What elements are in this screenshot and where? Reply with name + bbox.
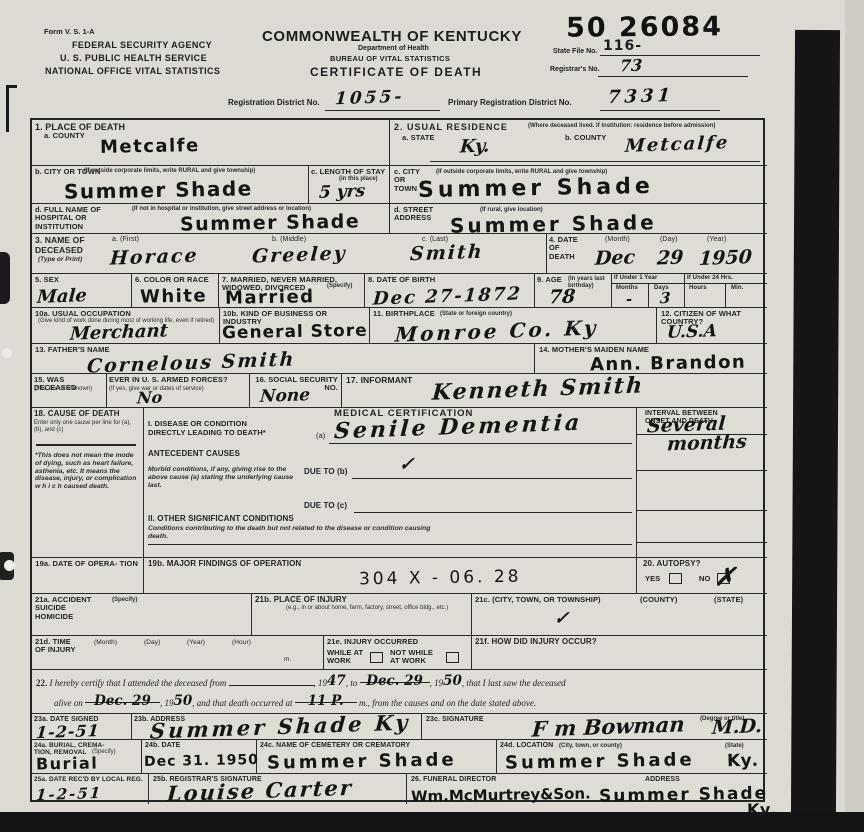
- due-to-c-underline: [354, 512, 632, 513]
- field-age-under-24-hrs: If Under 24 Hrs. Hours Min.: [685, 274, 767, 308]
- stay-value: 5 yrs: [318, 181, 366, 203]
- field-street-address: d. STREET ADDRESS (If rural, give locati…: [390, 204, 767, 234]
- degree-value: M.D.: [711, 715, 763, 739]
- injury-state-label: (STATE): [714, 596, 743, 604]
- mother-value: Ann. Brandon: [590, 352, 747, 376]
- autopsy-no-x-mark: ✗: [714, 562, 736, 592]
- disease-a-prefix: (a): [316, 432, 325, 440]
- registrar-no-value: 73: [619, 56, 643, 76]
- field-sex: 5. SEX Male: [32, 274, 132, 308]
- field-was-deceased: 15. WAS DECEASED (Yes, no, or unknown): [32, 374, 107, 408]
- major-findings-value: 304 X - 06. 28: [359, 567, 522, 590]
- agency-line-3: NATIONAL OFFICE VITAL STATISTICS: [45, 66, 220, 76]
- major-findings-label: 19b. MAJOR FINDINGS OF OPERATION: [148, 560, 301, 569]
- due-to-b-underline: [352, 478, 632, 479]
- death-day-value: 29: [656, 247, 684, 270]
- field-length-of-stay: c. LENGTH OF STAY (in this place) 5 yrs: [309, 166, 390, 204]
- hospital-label: d. FULL NAME OF HOSPITAL OR INSTITUTION: [35, 206, 130, 231]
- ssn-value: None: [259, 385, 310, 407]
- was-deceased-note: (Yes, no, or unknown): [34, 386, 104, 393]
- date-received-value: 1-2-51: [35, 784, 102, 804]
- race-label: 6. COLOR OR RACE: [135, 276, 215, 284]
- scan-artifact-left-blob: [0, 252, 10, 304]
- scan-artifact-hole-white-2: [2, 348, 12, 358]
- field-date-of-birth: 8. DATE OF BIRTH Dec 27-1872: [365, 274, 535, 308]
- disease-label-2: DIRECTLY LEADING TO DEATH*: [148, 429, 266, 437]
- time-of-injury-label: 21d. TIME OF INJURY: [35, 638, 80, 655]
- not-while-at-work-label: NOT WHILE AT WORK: [390, 649, 442, 666]
- field-major-findings: 19b. MAJOR FINDINGS OF OPERATION 304 X -…: [144, 558, 637, 594]
- cert-seg6: m., from the causes and on the date stat…: [359, 698, 536, 708]
- deceased-title: 3. NAME OF DECEASED: [35, 236, 105, 255]
- field-city-or-town-residence: c. CITY OR TOWN (If outside corporate li…: [390, 166, 767, 204]
- cert-seg1: I hereby certify that I attended the dec…: [50, 678, 227, 688]
- burial-location-state-note: (State): [725, 743, 744, 750]
- days-value: 3: [659, 289, 671, 307]
- field-medical-certification: MEDICAL CERTIFICATION I. DISEASE OR COND…: [144, 408, 637, 558]
- months-value: -: [625, 290, 632, 308]
- birthplace-note: (State or foreign country): [440, 311, 512, 318]
- marital-value: Married: [225, 286, 315, 309]
- signer-address-value: Summer Shade Ky: [149, 709, 411, 743]
- business-value: General Store: [222, 321, 368, 344]
- residence-county-label: b. COUNTY: [565, 134, 606, 142]
- hours-min-divider: [725, 283, 726, 308]
- under-day-divider: [685, 283, 767, 284]
- birthplace-label: 11. BIRTHPLACE: [373, 310, 435, 318]
- while-at-work-checkbox: [370, 652, 383, 663]
- cause-footnote: *This does not mean the mode of dying, s…: [35, 452, 139, 491]
- field-accident-suicide-homicide: 21a. ACCIDENT SUICIDE HOMICIDE (Specify): [32, 594, 252, 636]
- cert-yp2: , 19: [430, 678, 444, 688]
- accident-label: 21a. ACCIDENT SUICIDE HOMICIDE: [35, 596, 105, 621]
- funeral-address-value: Summer Shade: [599, 784, 768, 807]
- field-date-signed: 23a. DATE SIGNED 1-2-51: [32, 714, 132, 740]
- armed-forces-label: EVER IN U. S. ARMED FORCES?: [109, 376, 247, 384]
- field-injury-occurred: 21e. INJURY OCCURRED WHILE AT WORK NOT W…: [324, 636, 472, 670]
- due-to-b-label: DUE TO (b): [304, 468, 348, 477]
- field-birthplace: 11. BIRTHPLACE (State or foreign country…: [370, 308, 657, 344]
- field-registrar-signature: 25b. REGISTRAR'S SIGNATURE Louise Carter: [149, 774, 407, 804]
- residence-county-value: Metcalfe: [624, 132, 730, 157]
- city-note: (If outside corporate limits, write RURA…: [84, 168, 304, 175]
- field-certification-statement: 22. I hereby certify that I attended the…: [32, 670, 767, 714]
- scan-artifact-right-bar: [791, 30, 840, 814]
- while-at-work-label: WHILE AT WORK: [327, 649, 369, 666]
- street-label: d. STREET ADDRESS: [394, 206, 449, 223]
- field-citizen-of: 12. CITIZEN OF WHAT COUNTRY? U.S.A: [657, 308, 767, 344]
- cemetery-value: Summer Shade: [267, 749, 457, 773]
- state-file-label: State File No.: [553, 48, 597, 55]
- death-year-value: 1950: [698, 246, 752, 270]
- reg-district-underline: [325, 110, 440, 111]
- field-informant: 17. INFORMANT Kenneth Smith: [342, 374, 767, 408]
- other-conditions-label: II. OTHER SIGNIFICANT CONDITIONS: [148, 515, 294, 524]
- registrar-no-label: Registrar's No.: [550, 66, 600, 73]
- autopsy-yes-checkbox: [669, 573, 682, 584]
- field-armed-forces: EVER IN U. S. ARMED FORCES? (If yes, giv…: [107, 374, 250, 408]
- place-of-injury-note: (e.g., in or about home, farm, factory, …: [286, 605, 466, 612]
- scan-artifact-left-bracket-tick: [6, 85, 17, 88]
- state-label: a. STATE: [402, 134, 435, 142]
- middle-name-value: Greeley: [251, 242, 347, 267]
- dept-of-health: Department of Health: [358, 45, 429, 52]
- field-mothers-maiden-name: 14. MOTHER'S MAIDEN NAME Ann. Brandon: [535, 344, 767, 374]
- certification-line-1: 22. I hereby certify that I attended the…: [36, 674, 764, 690]
- date-of-death-title: 4. DATE OF DEATH: [549, 236, 587, 261]
- registrar-signature-value: Louise Carter: [166, 775, 354, 807]
- injury-month-label: (Month): [94, 639, 117, 646]
- bureau-line: BUREAU OF VITAL STATISTICS: [330, 54, 450, 63]
- primary-district-underline: [600, 110, 720, 111]
- cert-number: 22.: [36, 678, 47, 688]
- signature-label: 23c. SIGNATURE: [426, 716, 484, 724]
- burial-location-note: (City, town, or county): [559, 743, 622, 750]
- date-of-operation-label: 19a. DATE OF OPERA- TION: [34, 560, 138, 568]
- last-name-value: Smith: [409, 241, 484, 266]
- reg-district-label: Registration District No.: [228, 98, 320, 107]
- injury-city-checkmark: ✓: [553, 608, 570, 630]
- agency-line-2: U. S. PUBLIC HEALTH SERVICE: [60, 53, 207, 63]
- cert-yp1: , 19: [314, 678, 328, 688]
- burial-location-state-value: Ky.: [727, 751, 760, 772]
- death-month-value: Dec: [594, 246, 636, 269]
- marital-note: (Specify): [327, 283, 352, 290]
- interval-line-3: [637, 510, 767, 511]
- cert-blank-from: [229, 677, 314, 686]
- death-day-label: (Day): [660, 236, 678, 244]
- cert-yp3: , 19: [160, 698, 174, 708]
- commonwealth-title: COMMONWEALTH OF KENTUCKY: [262, 28, 522, 45]
- cemetery-label: 24c. NAME OF CEMETERY OR CREMATORY: [260, 742, 410, 750]
- signature-value: F m Bowman: [531, 711, 685, 741]
- injury-m-label: m.: [284, 656, 291, 663]
- autopsy-yes-label: YES: [645, 575, 660, 583]
- hospital-value: Summer Shade: [180, 210, 361, 235]
- field-kind-of-business: 10b. KIND OF BUSINESS OR INDUSTRY Genera…: [220, 308, 370, 344]
- informant-label: 17. INFORMANT: [346, 376, 412, 386]
- field-burial-location: 24d. LOCATION (City, town, or county) (S…: [497, 740, 767, 774]
- field-city-or-town-death: b. CITY OR TOWN (If outside corporate li…: [32, 166, 309, 204]
- cert-seg2: , to: [346, 678, 358, 688]
- birth-date-label: 8. DATE OF BIRTH: [368, 276, 435, 284]
- burial-location-label: 24d. LOCATION: [500, 742, 553, 750]
- accident-note: (Specify): [112, 597, 137, 604]
- min-label: Min.: [731, 285, 743, 292]
- injury-hour-label: (Hour): [232, 639, 251, 646]
- county-value: Metcalfe: [100, 135, 200, 158]
- field-time-of-injury: 21d. TIME OF INJURY (Month) (Day) (Year)…: [32, 636, 324, 670]
- certificate-table: 1. PLACE OF DEATH a. COUNTY Metcalfe 2. …: [30, 118, 765, 802]
- field-interval-column: INTERVAL BETWEEN ONSET AND DEATH Several…: [637, 408, 767, 558]
- field-cause-of-death-column: 18. CAUSE OF DEATH Enter only one cause …: [32, 408, 144, 558]
- hours-label: Hours: [689, 285, 707, 292]
- injury-occurred-label: 21e. INJURY OCCURRED: [327, 638, 418, 646]
- state-value: Ky.: [459, 135, 490, 157]
- state-file-stamp-number: 50 26084: [566, 11, 723, 43]
- reg-district-value: 1055-: [334, 87, 405, 109]
- city-label: b. CITY OR TOWN: [35, 168, 69, 176]
- cause-divider: [36, 444, 136, 446]
- cause-note: Enter only one cause per line for (a), (…: [34, 420, 139, 434]
- field-age: 9. AGE (In years last birthday) 78: [535, 274, 612, 308]
- field-date-of-death: 4. DATE OF DEATH (Month) (Day) (Year) De…: [547, 234, 767, 274]
- cert-date1-hw: Dec. 29: [366, 673, 423, 689]
- injury-day-label: (Day): [144, 639, 160, 646]
- death-month-label: (Month): [605, 236, 630, 244]
- field-place-of-injury: 21b. PLACE OF INJURY (e.g., in or about …: [252, 594, 472, 636]
- deceased-note: (Type or Print): [38, 256, 82, 263]
- field-injury-city-town: 21c. (CITY, TOWN, OR TOWNSHIP) (COUNTY) …: [472, 594, 767, 636]
- county-label: a. COUNTY: [44, 132, 85, 140]
- burial-date-value: Dec 31. 1950: [144, 752, 259, 770]
- age-label: 9. AGE: [537, 276, 562, 284]
- funeral-director-value: Wm.McMurtrey&Son.: [411, 784, 591, 805]
- field-hospital-name: d. FULL NAME OF HOSPITAL OR INSTITUTION …: [32, 204, 390, 234]
- death-certificate-scan: Form V. S. 1-A FEDERAL SECURITY AGENCY U…: [0, 0, 864, 832]
- death-year-label: (Year): [707, 236, 726, 244]
- birthplace-value: Monroe Co. Ky: [394, 315, 599, 346]
- certificate-title: CERTIFICATE OF DEATH: [310, 65, 482, 79]
- residence-line: [430, 161, 760, 162]
- field-name-of-deceased: 3. NAME OF DECEASED (Type or Print) a. (…: [32, 234, 547, 274]
- field-place-of-death-county: 1. PLACE OF DEATH a. COUNTY Metcalfe: [32, 120, 390, 166]
- field-date-of-operation: 19a. DATE OF OPERA- TION: [32, 558, 144, 594]
- due-to-b-checkmark: ✓: [398, 454, 415, 476]
- cert-year2-hw: 50: [443, 673, 462, 689]
- first-name-value: Horace: [109, 244, 199, 269]
- injury-city-label: 21c. (CITY, TOWN, OR TOWNSHIP): [475, 596, 601, 604]
- date-received-label: 25a. DATE REC'D BY LOCAL REG.: [34, 776, 144, 783]
- date-signed-value: 1-2-51: [35, 721, 100, 742]
- field-date-received: 25a. DATE REC'D BY LOCAL REG. 1-2-51: [32, 774, 149, 804]
- due-to-c-label: DUE TO (c): [304, 502, 347, 511]
- field-marital-status: 7. MARRIED, NEVER MARRIED, WIDOWED, DIVO…: [219, 274, 365, 308]
- city-value: Summer Shade: [64, 176, 253, 203]
- agency-line-1: FEDERAL SECURITY AGENCY: [72, 40, 212, 50]
- scan-artifact-bottom-bar: [0, 812, 864, 832]
- field-social-security: 16. SOCIAL SECURITY NO. None: [250, 374, 342, 408]
- field-usual-residence: 2. USUAL RESIDENCE (Where deceased lived…: [390, 120, 767, 166]
- armed-forces-note: (If yes, give war or dates of service): [109, 386, 247, 393]
- cert-year3-hw: 50: [174, 693, 193, 709]
- occupation-value: Merchant: [69, 320, 168, 344]
- residence-city-value: Summer Shade: [418, 174, 654, 203]
- field-age-under-one-year: If Under 1 Year Months Days - 3: [612, 274, 685, 308]
- funeral-address-label: ADDRESS: [645, 776, 680, 784]
- cause-title: 18. CAUSE OF DEATH: [34, 410, 120, 419]
- cert-seg3: , that I last saw the deceased: [462, 678, 566, 688]
- funeral-director-label: 26. FUNERAL DIRECTOR: [411, 776, 496, 784]
- first-name-label: a. (First): [112, 236, 139, 244]
- scan-artifact-hole-white: [4, 560, 15, 571]
- middle-name-label: b. (Middle): [272, 236, 306, 244]
- antecedent-note: Morbid conditions, if any, giving rise t…: [148, 466, 296, 489]
- usual-residence-note: (Where deceased lived. If institution: r…: [528, 123, 763, 130]
- primary-district-value: 7331: [607, 85, 675, 108]
- birth-date-value: Dec 27-1872: [372, 283, 522, 309]
- field-funeral-director: 26. FUNERAL DIRECTOR ADDRESS Wm.McMurtre…: [407, 774, 767, 804]
- how-injury-label: 21f. HOW DID INJURY OCCUR?: [475, 638, 597, 647]
- field-burial-type: 24a. BURIAL, CREMA- TION, REMOVAL (Speci…: [32, 740, 142, 774]
- other-conditions-underline: [148, 544, 632, 545]
- months-days-divider: [648, 283, 649, 308]
- field-signature: 23c. SIGNATURE (Degree or title) F m Bow…: [422, 714, 767, 740]
- field-autopsy: 20. AUTOPSY? YES NO ✗: [637, 558, 767, 594]
- father-label: 13. FATHER'S NAME: [35, 346, 110, 354]
- sex-value: Male: [36, 285, 87, 308]
- certification-line-2: alive on Dec. 29, 1950, and that death o…: [54, 694, 764, 710]
- other-conditions-note: Conditions contributing to the death but…: [148, 525, 438, 541]
- sex-label: 5. SEX: [35, 276, 59, 284]
- race-value: White: [140, 285, 208, 307]
- form-number: Form V. S. 1-A: [44, 27, 95, 36]
- cert-year1-hw: 47: [327, 673, 346, 689]
- cert-seg4: alive on: [54, 698, 83, 708]
- cert-seg5: , and that death occurred at: [192, 698, 292, 708]
- injury-year-label: (Year): [187, 639, 205, 646]
- interval-line-2: [637, 470, 767, 471]
- scan-artifact-left-bracket: [6, 86, 9, 132]
- interval-line-4: [637, 542, 767, 543]
- burial-location-value: Summer Shade: [505, 749, 695, 773]
- autopsy-label: 20. AUTOPSY?: [643, 560, 701, 569]
- burial-date-label: 24b. DATE: [145, 742, 180, 750]
- not-while-at-work-checkbox: [446, 652, 459, 663]
- state-file-value: 116-: [603, 38, 642, 54]
- primary-district-label: Primary Registration District No.: [448, 98, 572, 107]
- cert-date2-hw: Dec. 29: [94, 693, 151, 709]
- field-signer-address: 23b. ADDRESS Summer Shade Ky: [132, 714, 422, 740]
- informant-value: Kenneth Smith: [431, 372, 645, 405]
- funeral-address-value-2: Ky.: [747, 800, 778, 820]
- burial-value: Burial: [36, 753, 99, 773]
- armed-forces-value: No: [136, 388, 163, 408]
- under-day-label: If Under 24 Hrs.: [687, 275, 733, 282]
- age-value: 78: [548, 286, 576, 309]
- citizen-value: U.S.A: [666, 321, 717, 343]
- field-usual-occupation: 10a. USUAL OCCUPATION (Give kind of work…: [32, 308, 220, 344]
- injury-county-label: (COUNTY): [640, 596, 677, 604]
- interval-line-1: [637, 434, 767, 435]
- autopsy-no-label: NO: [699, 575, 710, 583]
- registrar-no-underline: [598, 76, 748, 77]
- usual-residence-title: 2. USUAL RESIDENCE: [394, 122, 508, 132]
- field-color-or-race: 6. COLOR OR RACE White: [132, 274, 219, 308]
- antecedent-label: ANTECEDENT CAUSES: [148, 450, 240, 459]
- under-year-label: If Under 1 Year: [614, 275, 657, 282]
- disease-a-underline: [329, 443, 632, 444]
- field-fathers-name: 13. FATHER'S NAME Cornelous Smith: [32, 344, 535, 374]
- place-of-injury-label: 21b. PLACE OF INJURY: [255, 596, 347, 605]
- cert-time-hw: 11 P.: [308, 693, 344, 709]
- field-cemetery-name: 24c. NAME OF CEMETERY OR CREMATORY Summe…: [257, 740, 497, 774]
- field-burial-date: 24b. DATE Dec 31. 1950: [142, 740, 257, 774]
- field-how-injury-occurred: 21f. HOW DID INJURY OCCUR?: [472, 636, 767, 670]
